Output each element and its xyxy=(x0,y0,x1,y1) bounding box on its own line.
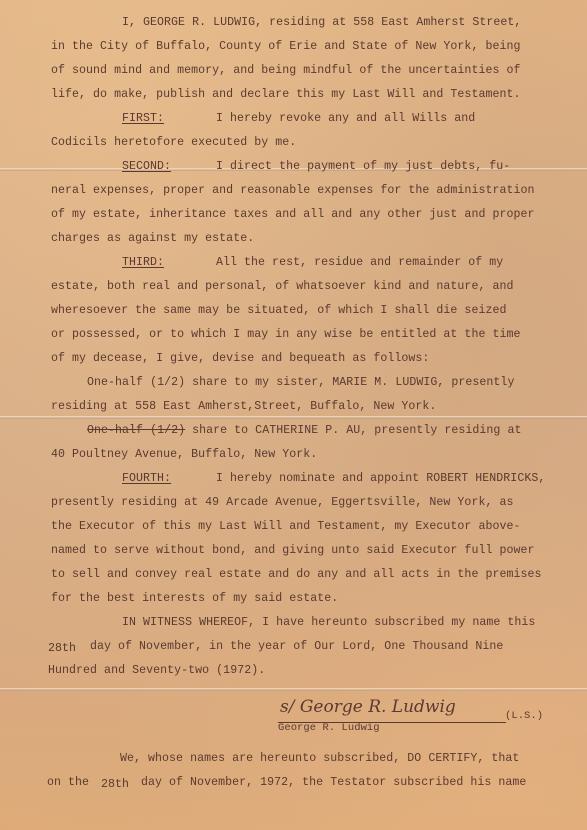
paper-fold xyxy=(0,416,587,419)
struck-text: One-half (1/2) xyxy=(87,424,185,437)
fourth-text: the Executor of this my Last Will and Te… xyxy=(51,520,521,533)
third-text: or possessed, or to which I may in any w… xyxy=(51,328,521,341)
fourth-text: I hereby nominate and appoint ROBERT HEN… xyxy=(216,472,545,485)
fourth-heading: FOURTH: xyxy=(122,472,171,485)
third-text: wheresoever the same may be situated, of… xyxy=(51,304,506,317)
intro-line: of sound mind and memory, and being mind… xyxy=(51,64,521,77)
attestation-day: 28th xyxy=(101,778,129,791)
bequest-struck-line: One-half (1/2) share to CATHERINE P. AU,… xyxy=(87,424,521,437)
bequest-line: 40 Poultney Avenue, Buffalo, New York. xyxy=(51,448,317,461)
first-text: Codicils heretofore executed by me. xyxy=(51,136,296,149)
attestation-text: on the xyxy=(47,776,89,789)
witness-text: day of November, in the year of Our Lord… xyxy=(90,640,503,653)
seal-mark: (L.S.) xyxy=(505,710,543,722)
bequest-line: One-half (1/2) share to my sister, MARIE… xyxy=(87,376,514,389)
witness-text: IN WITNESS WHEREOF, I have hereunto subs… xyxy=(122,616,535,629)
handwritten-signature: s/ George R. Ludwig xyxy=(280,697,456,717)
first-text: I hereby revoke any and all Wills and xyxy=(216,112,475,125)
third-heading: THIRD: xyxy=(122,256,164,269)
second-text: I direct the payment of my just debts, f… xyxy=(216,160,510,173)
third-text: of my decease, I give, devise and bequea… xyxy=(51,352,429,365)
third-text: estate, both real and personal, of whats… xyxy=(51,280,514,293)
second-text: charges as against my estate. xyxy=(51,232,254,245)
fourth-text: for the best interests of my said estate… xyxy=(51,592,338,605)
witness-day: 28th xyxy=(48,642,76,655)
paper-fold xyxy=(0,688,587,691)
attestation-text: day of November, 1972, the Testator subs… xyxy=(141,776,526,789)
second-heading: SECOND: xyxy=(122,160,171,173)
intro-line: in the City of Buffalo, County of Erie a… xyxy=(51,40,521,53)
fourth-text: named to serve without bond, and giving … xyxy=(51,544,535,557)
bequest-line: residing at 558 East Amherst,Street, Buf… xyxy=(51,400,436,413)
intro-line: I, GEORGE R. LUDWIG, residing at 558 Eas… xyxy=(122,16,521,29)
fourth-text: presently residing at 49 Arcade Avenue, … xyxy=(51,496,514,509)
witness-text: Hundred and Seventy-two (1972). xyxy=(48,664,265,677)
bequest-text: share to CATHERINE P. AU, presently resi… xyxy=(185,424,521,437)
second-text: of my estate, inheritance taxes and all … xyxy=(51,208,535,221)
fourth-text: to sell and convey real estate and do an… xyxy=(51,568,542,581)
intro-line: life, do make, publish and declare this … xyxy=(51,88,521,101)
third-text: All the rest, residue and remainder of m… xyxy=(216,256,503,269)
attestation-text: We, whose names are hereunto subscribed,… xyxy=(120,752,519,765)
typed-signature-name: George R. Ludwig xyxy=(278,722,380,734)
first-heading: FIRST: xyxy=(122,112,164,125)
second-text: neral expenses, proper and reasonable ex… xyxy=(51,184,535,197)
